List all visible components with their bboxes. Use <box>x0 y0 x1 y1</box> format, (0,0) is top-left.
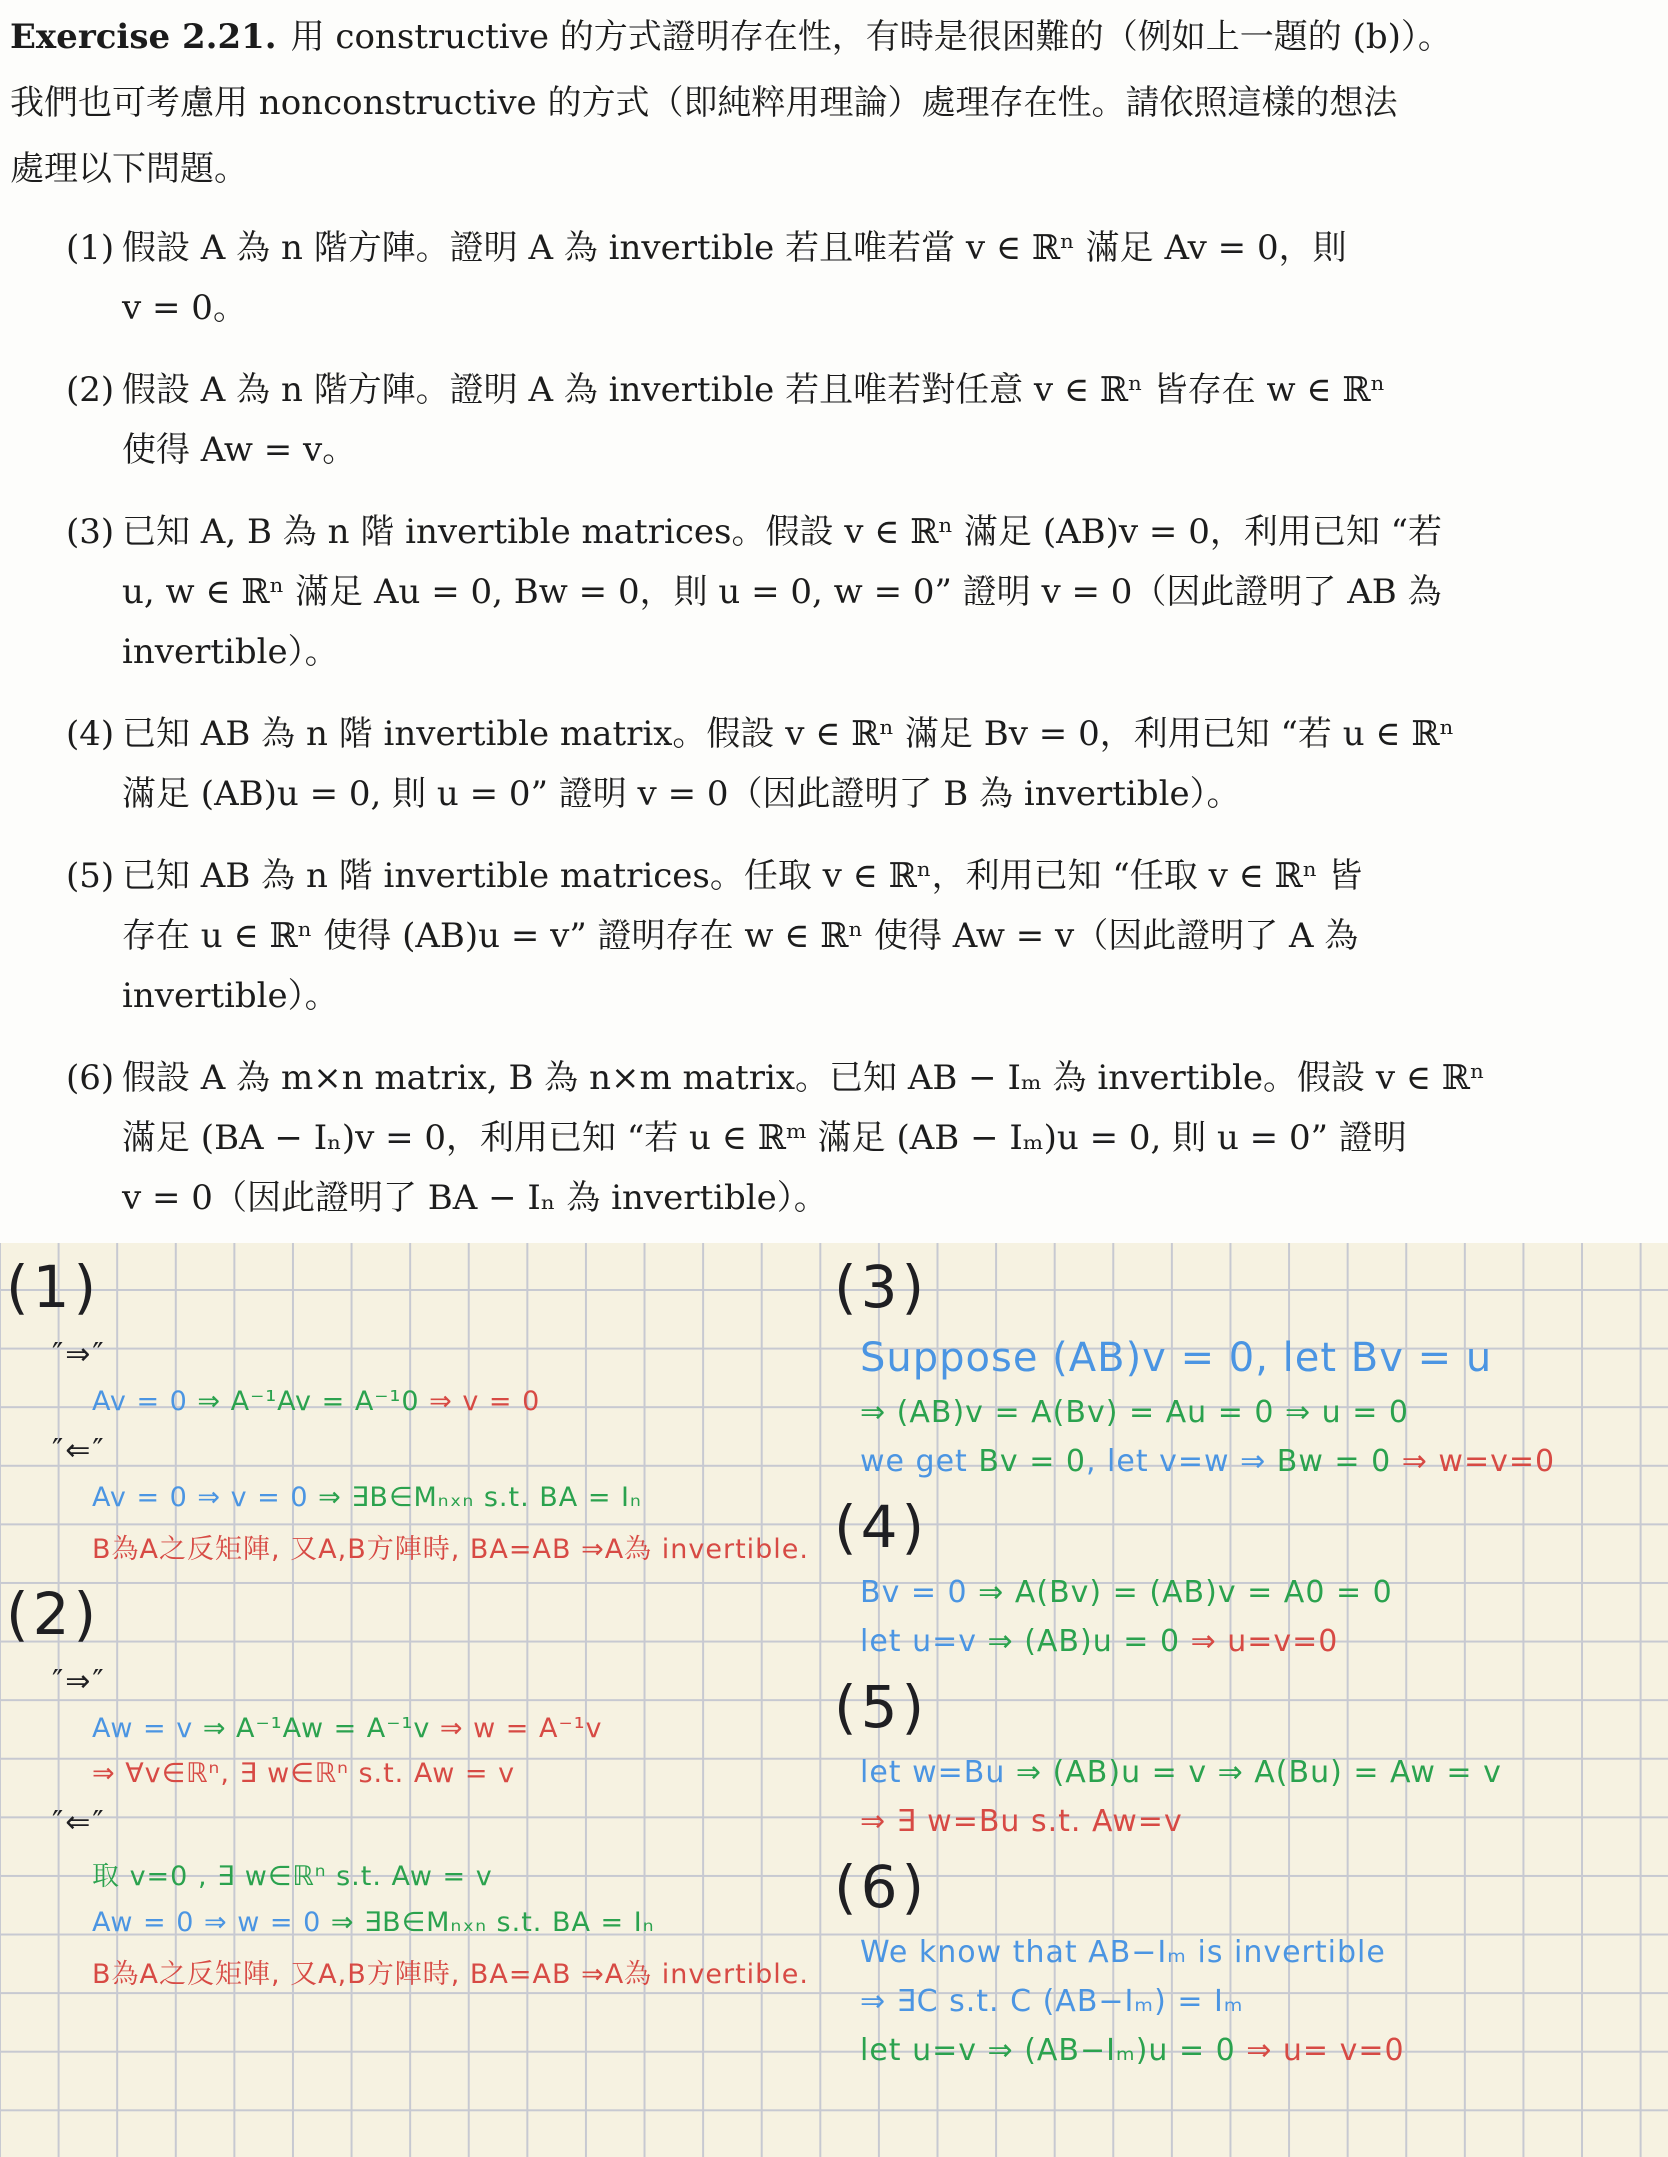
ink-segment: Suppose (AB)v = 0, let Bv = u <box>860 1335 1492 1381</box>
solution-section: (6)We know that AB−Iₘ is invertible⇒ ∃C … <box>812 1853 1662 2068</box>
ink-segment: let w=Bu <box>860 1755 1016 1790</box>
ink-segment: ⇒ w = A⁻¹v <box>440 1713 603 1744</box>
solution-line: Av = 0 ⇒ v = 0 ⇒ ∃B∈Mₙₓₙ s.t. BA = Iₙ <box>92 1482 796 1513</box>
ink-segment: ⇒ ∀v∈ℝⁿ, ∃ w∈ℝⁿ s.t. Aw = v <box>92 1758 515 1789</box>
direction-marker: ″⇒″ <box>52 1337 796 1372</box>
direction-marker: ″⇒″ <box>52 1664 796 1699</box>
solution-line: We know that AB−Iₘ is invertible <box>860 1935 1662 1970</box>
ink-segment: ⇒ u= v=0 <box>1246 2033 1404 2068</box>
item-text-line: invertible）。 <box>122 622 1662 682</box>
ink-segment: Bw = 0 <box>1277 1444 1402 1479</box>
ink-segment: Aw = 0 ⇒ w = 0 <box>92 1907 331 1938</box>
solution-section: (4)Bv = 0 ⇒ A(Bv) = (AB)v = A0 = 0let u=… <box>812 1493 1662 1659</box>
solution-line: Aw = v ⇒ A⁻¹Aw = A⁻¹v ⇒ w = A⁻¹v <box>92 1713 796 1744</box>
exercise-item: (2)假設 A 為 n 階方陣。證明 A 為 invertible 若且唯若對任… <box>66 360 1662 480</box>
ink-segment: ⇒ A⁻¹Av = A⁻¹0 <box>197 1386 429 1417</box>
solution-label: (6) <box>834 1853 1662 1921</box>
item-text-line: 假設 A 為 m×n matrix, B 為 n×m matrix。已知 AB … <box>122 1048 1662 1108</box>
item-text-line: 已知 A, B 為 n 階 invertible matrices。假設 v ∈… <box>122 502 1662 562</box>
intro-line: 我們也可考慮用 nonconstructive 的方式（即純粹用理論）處理存在性… <box>10 70 1662 136</box>
solution-section: (2)″⇒″Aw = v ⇒ A⁻¹Aw = A⁻¹v ⇒ w = A⁻¹v⇒ … <box>6 1580 796 1991</box>
item-text-line: 假設 A 為 n 階方陣。證明 A 為 invertible 若且唯若對任意 v… <box>122 360 1662 420</box>
solution-line: Bv = 0 ⇒ A(Bv) = (AB)v = A0 = 0 <box>860 1575 1662 1610</box>
exercise-item: (6)假設 A 為 m×n matrix, B 為 n×m matrix。已知 … <box>66 1048 1662 1228</box>
solutions-right-column: (3)Suppose (AB)v = 0, let Bv = u⇒ (AB)v … <box>812 1243 1662 2082</box>
item-text-line: v = 0。 <box>122 278 1662 338</box>
solution-line: Suppose (AB)v = 0, let Bv = u <box>860 1335 1662 1381</box>
ink-segment: , let v=w ⇒ <box>1086 1444 1277 1479</box>
item-number: (4) <box>66 704 114 764</box>
item-text-line: 使得 Aw = v。 <box>122 420 1662 480</box>
ink-segment: Av = 0 <box>92 1386 197 1417</box>
ink-segment: ⇒ w=v=0 <box>1402 1444 1555 1479</box>
item-text-line: 已知 AB 為 n 階 invertible matrices。任取 v ∈ ℝ… <box>122 846 1662 906</box>
item-number: (6) <box>66 1048 114 1108</box>
solutions-left-column: (1)″⇒″Av = 0 ⇒ A⁻¹Av = A⁻¹0 ⇒ v = 0″⇐″Av… <box>6 1243 796 2005</box>
ink-segment: ⇒ (AB)v = A(Bv) = Au = 0 ⇒ u = 0 <box>860 1395 1409 1430</box>
ink-segment: ⇒ v = 0 <box>429 1386 540 1417</box>
solution-line: let u=v ⇒ (AB−Iₘ)u = 0 ⇒ u= v=0 <box>860 2033 1662 2068</box>
solution-line: ⇒ ∃ w=Bu s.t. Aw=v <box>860 1804 1662 1839</box>
solution-label: (1) <box>6 1253 796 1321</box>
exercise-item-list: (1)假設 A 為 n 階方陣。證明 A 為 invertible 若且唯若當 … <box>66 218 1662 1250</box>
solution-line: Av = 0 ⇒ A⁻¹Av = A⁻¹0 ⇒ v = 0 <box>92 1386 796 1417</box>
ink-segment: Aw = v <box>92 1713 203 1744</box>
solution-line: let u=v ⇒ (AB)u = 0 ⇒ u=v=0 <box>860 1624 1662 1659</box>
solution-section: (1)″⇒″Av = 0 ⇒ A⁻¹Av = A⁻¹0 ⇒ v = 0″⇐″Av… <box>6 1253 796 1566</box>
solution-line: 取 v=0 , ∃ w∈ℝⁿ s.t. Aw = v <box>92 1854 796 1893</box>
solution-line: Aw = 0 ⇒ w = 0 ⇒ ∃B∈Mₙₓₙ s.t. BA = Iₙ <box>92 1907 796 1938</box>
solution-line: B為A之反矩陣, 又A,B方陣時, BA=AB ⇒A為 invertible. <box>92 1952 796 1991</box>
exercise-heading: Exercise 2.21. <box>10 17 277 57</box>
ink-segment: let u=v ⇒ (AB−Iₘ)u = 0 <box>860 2033 1246 2068</box>
direction-marker: ″⇐″ <box>52 1805 796 1840</box>
item-text-line: 假設 A 為 n 階方陣。證明 A 為 invertible 若且唯若當 v ∈… <box>122 218 1662 278</box>
ink-segment: ⇒ ∃B∈Mₙₓₙ s.t. BA = Iₙ <box>318 1482 642 1513</box>
ink-segment: ⇒ (AB)u = 0 <box>988 1624 1191 1659</box>
exercise-item: (3)已知 A, B 為 n 階 invertible matrices。假設 … <box>66 502 1662 682</box>
exercise-item: (4)已知 AB 為 n 階 invertible matrix。假設 v ∈ … <box>66 704 1662 824</box>
ink-segment: ⇒ u=v=0 <box>1191 1624 1339 1659</box>
exercise-statement: Exercise 2.21.用 constructive 的方式證明存在性，有時… <box>0 0 1668 1243</box>
solution-label: (5) <box>834 1673 1662 1741</box>
item-number: (1) <box>66 218 114 278</box>
ink-segment: ⇒ ∃ w=Bu s.t. Aw=v <box>860 1804 1183 1839</box>
intro-line: Exercise 2.21.用 constructive 的方式證明存在性，有時… <box>10 4 1662 70</box>
solution-section: (3)Suppose (AB)v = 0, let Bv = u⇒ (AB)v … <box>812 1253 1662 1479</box>
item-text-line: 滿足 (BA − Iₙ)v = 0，利用已知 “若 u ∈ ℝᵐ 滿足 (AB … <box>122 1108 1662 1168</box>
ink-segment: ⇒ A⁻¹Aw = A⁻¹v <box>203 1713 440 1744</box>
item-text-line: u, w ∈ ℝⁿ 滿足 Au = 0, Bw = 0，則 u = 0, w =… <box>122 562 1662 622</box>
solution-label: (3) <box>834 1253 1662 1321</box>
ink-segment: ⇒ (AB)u = v ⇒ A(Bu) = Aw = v <box>1016 1755 1502 1790</box>
exercise-intro: Exercise 2.21.用 constructive 的方式證明存在性，有時… <box>10 4 1662 202</box>
item-text-line: 已知 AB 為 n 階 invertible matrix。假設 v ∈ ℝⁿ … <box>122 704 1662 764</box>
item-text-line: 滿足 (AB)u = 0, 則 u = 0” 證明 v = 0（因此證明了 B … <box>122 764 1662 824</box>
solution-line: B為A之反矩陣, 又A,B方陣時, BA=AB ⇒A為 invertible. <box>92 1527 796 1566</box>
exercise-item: (1)假設 A 為 n 階方陣。證明 A 為 invertible 若且唯若當 … <box>66 218 1662 338</box>
exercise-item: (5)已知 AB 為 n 階 invertible matrices。任取 v … <box>66 846 1662 1026</box>
solution-line: ⇒ ∀v∈ℝⁿ, ∃ w∈ℝⁿ s.t. Aw = v <box>92 1758 796 1789</box>
solution-line: ⇒ ∃C s.t. C (AB−Iₘ) = Iₘ <box>860 1984 1662 2019</box>
ink-segment: B為A之反矩陣, 又A,B方陣時, BA=AB ⇒A為 invertible. <box>92 1534 809 1565</box>
ink-segment: ⇒ ∃C s.t. C (AB−Iₘ) = Iₘ <box>860 1984 1244 2019</box>
ink-segment: We know that AB−Iₘ is invertible <box>860 1935 1386 1970</box>
item-number: (2) <box>66 360 114 420</box>
ink-segment: B為A之反矩陣, 又A,B方陣時, BA=AB ⇒A為 invertible. <box>92 1959 809 1990</box>
ink-segment: let u=v <box>860 1624 988 1659</box>
ink-segment: Av = 0 ⇒ v = 0 <box>92 1482 318 1513</box>
ink-segment: ⇒ ∃B∈Mₙₓₙ s.t. BA = Iₙ <box>331 1907 655 1938</box>
solution-line: let w=Bu ⇒ (AB)u = v ⇒ A(Bu) = Aw = v <box>860 1755 1662 1790</box>
solution-section: (5)let w=Bu ⇒ (AB)u = v ⇒ A(Bu) = Aw = v… <box>812 1673 1662 1839</box>
intro-line: 處理以下問題。 <box>10 136 1662 202</box>
ink-segment: Bv = 0 <box>978 1444 1086 1479</box>
item-number: (5) <box>66 846 114 906</box>
direction-marker: ″⇐″ <box>52 1433 796 1468</box>
solution-label: (2) <box>6 1580 796 1648</box>
item-text-line: invertible）。 <box>122 966 1662 1026</box>
item-text-line: 存在 u ∈ ℝⁿ 使得 (AB)u = v” 證明存在 w ∈ ℝⁿ 使得 A… <box>122 906 1662 966</box>
solution-line: ⇒ (AB)v = A(Bv) = Au = 0 ⇒ u = 0 <box>860 1395 1662 1430</box>
item-text-line: v = 0（因此證明了 BA − Iₙ 為 invertible）。 <box>122 1168 1662 1228</box>
ink-segment: 取 v=0 , ∃ w∈ℝⁿ s.t. Aw = v <box>92 1861 493 1892</box>
intro-text: 用 constructive 的方式證明存在性，有時是很困難的（例如上一題的 (… <box>291 17 1452 57</box>
ink-segment: ⇒ A(Bv) = (AB)v = A0 = 0 <box>978 1575 1393 1610</box>
ink-segment: Bv = 0 <box>860 1575 978 1610</box>
solution-label: (4) <box>834 1493 1662 1561</box>
ink-segment: we get <box>860 1444 978 1479</box>
solution-line: we get Bv = 0, let v=w ⇒ Bw = 0 ⇒ w=v=0 <box>860 1444 1662 1479</box>
exercise-page: Exercise 2.21.用 constructive 的方式證明存在性，有時… <box>0 0 1668 2157</box>
handwritten-solutions: (1)″⇒″Av = 0 ⇒ A⁻¹Av = A⁻¹0 ⇒ v = 0″⇐″Av… <box>0 1243 1668 2157</box>
item-number: (3) <box>66 502 114 562</box>
